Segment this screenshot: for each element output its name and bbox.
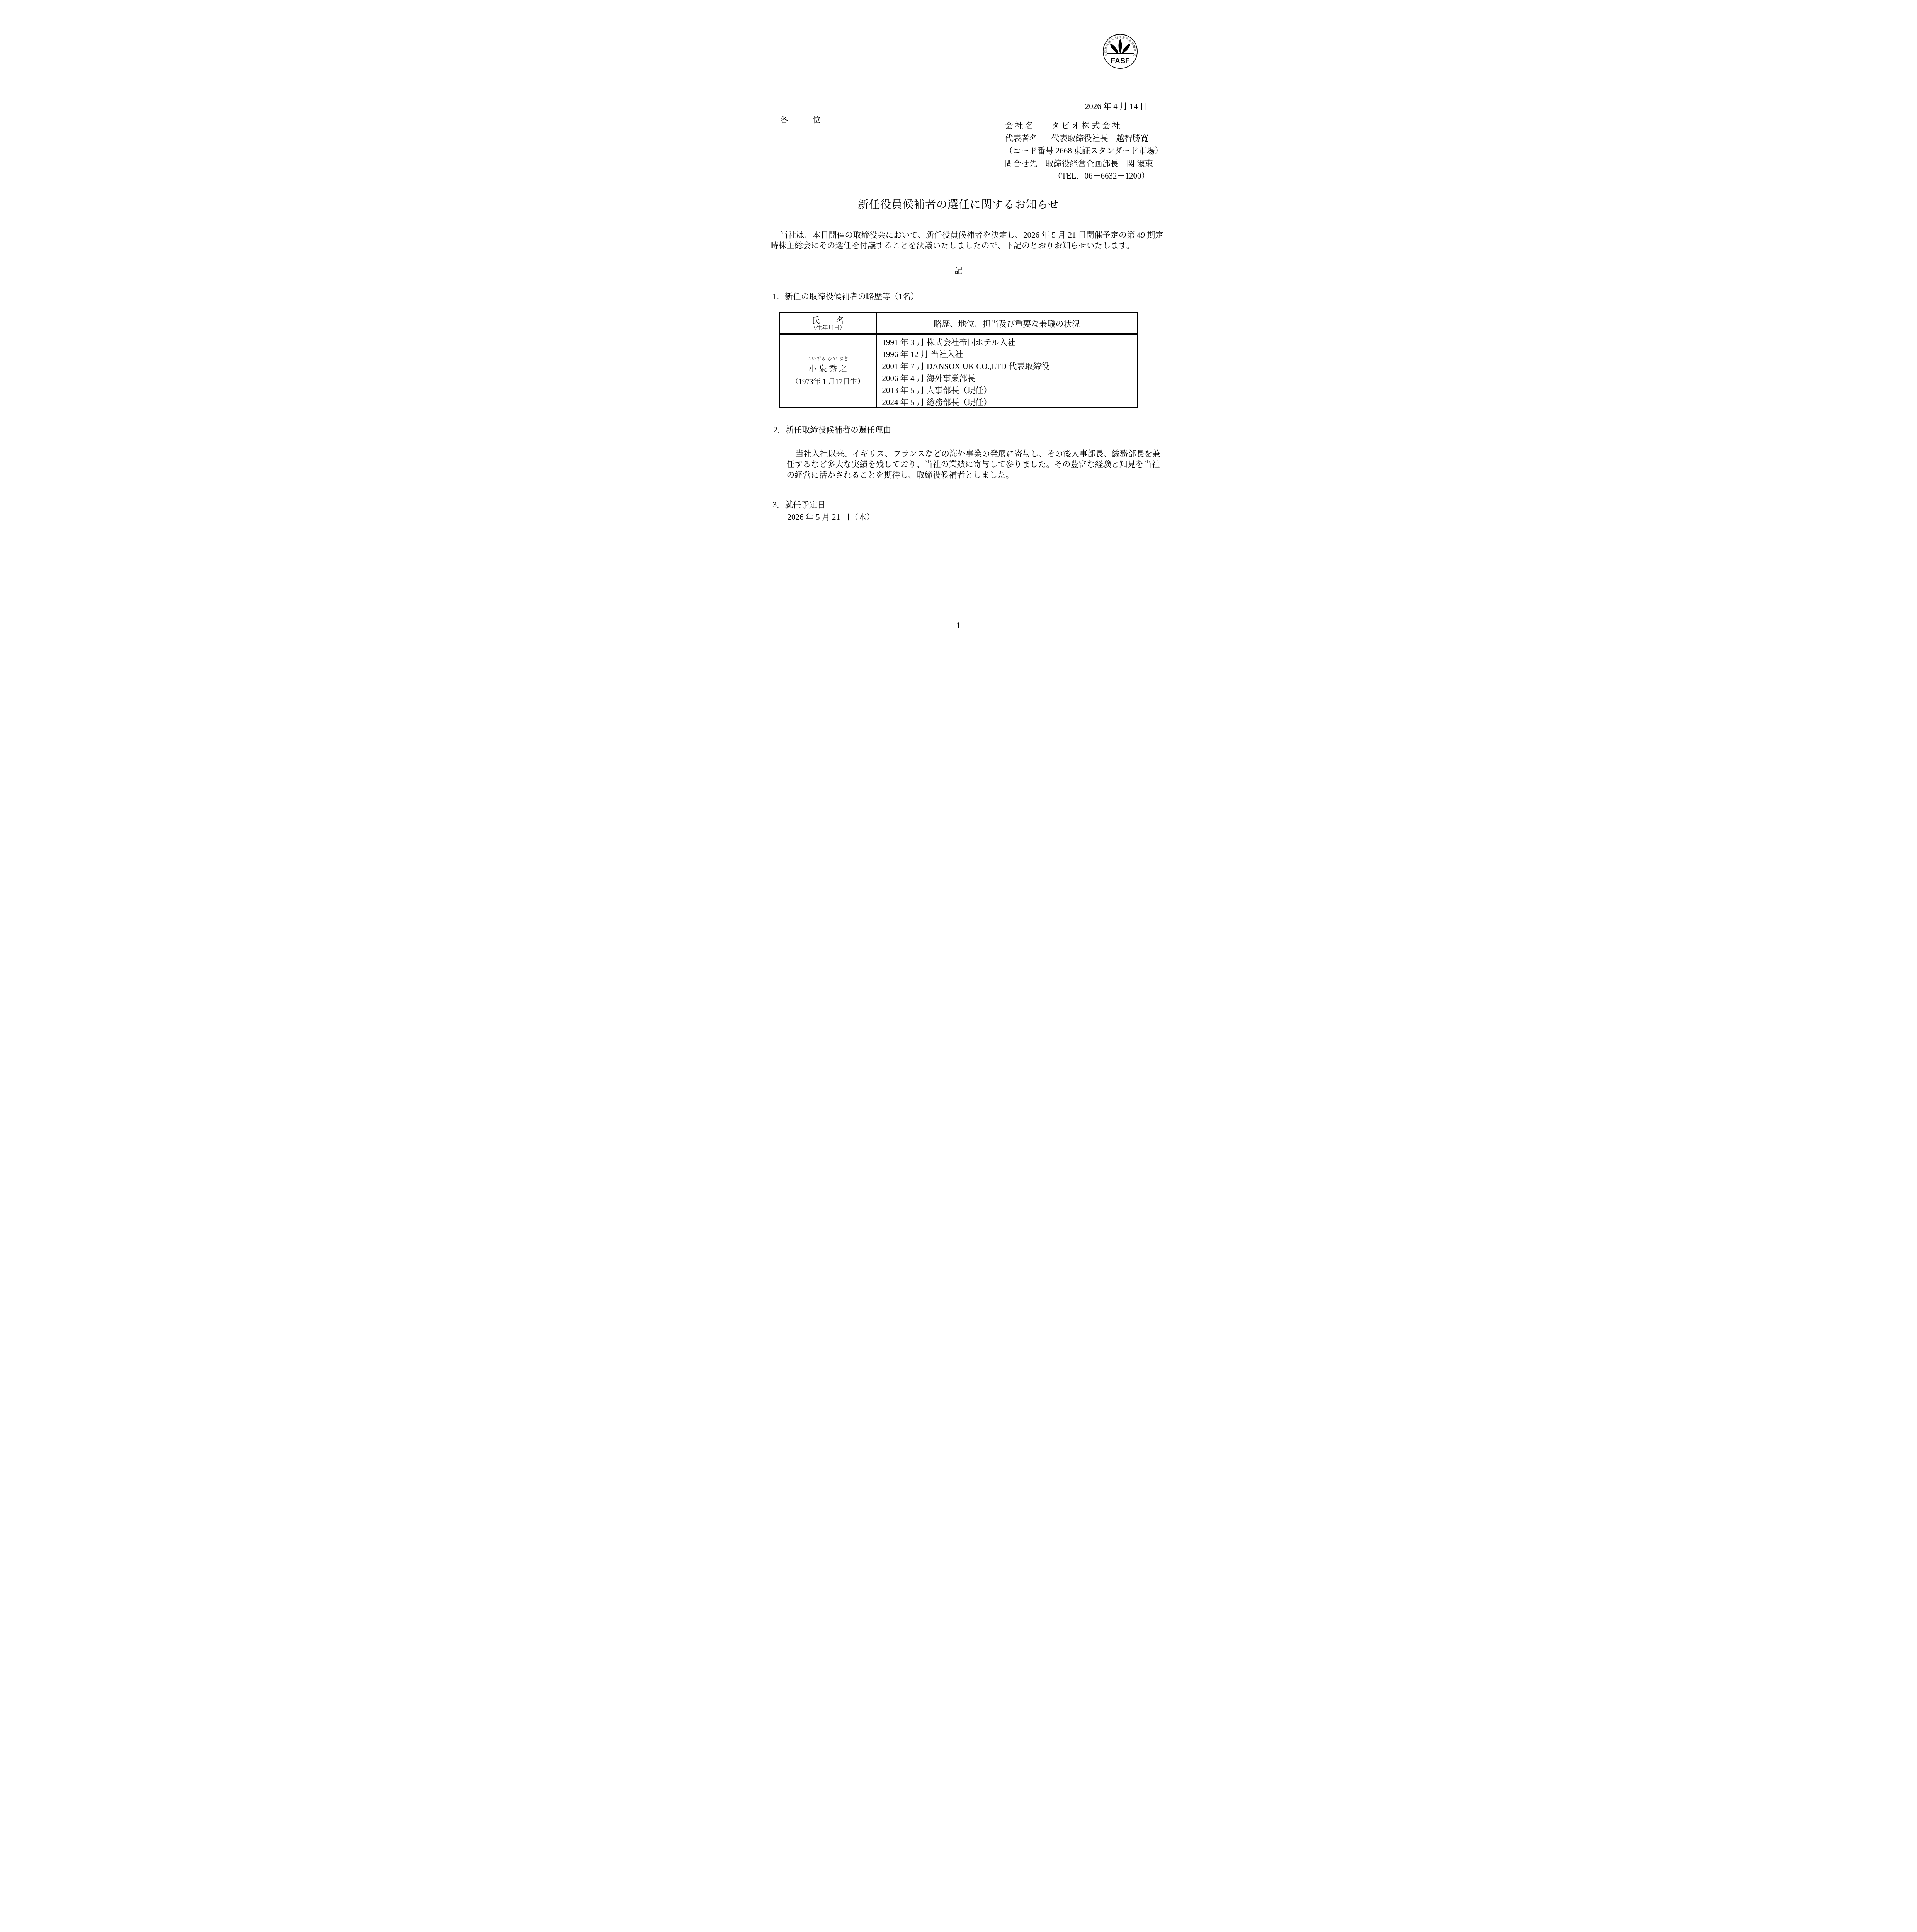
career-description: 海外事業部長 — [927, 374, 975, 383]
career-date: 1996 年 12 月 — [882, 349, 929, 361]
representative-row: 代表者名 代表取締役社長 越智勝寛 — [1005, 132, 1150, 145]
career-date: 1991 年 3 月 — [882, 337, 925, 349]
candidate-cell: こいずみ ひで ゆき 小 泉 秀 之 （1973年 1 月17日生） — [780, 335, 877, 407]
career-table-body-row: こいずみ ひで ゆき 小 泉 秀 之 （1973年 1 月17日生） 1991 … — [780, 335, 1137, 407]
ki-marker: 記 — [719, 264, 1198, 276]
company-name-value: タ ビ オ 株 式 会 社 — [1051, 119, 1150, 132]
career-row: 2024 年 5 月 総務部長（現任） — [882, 396, 1137, 408]
reason-line: 当社入社以来、イギリス、フランスなどの海外事業の発展に寄与し、その後人事部長、総… — [787, 449, 1158, 459]
section3-heading: 3．就任予定日 — [773, 498, 826, 510]
name-header-title: 氏 名 — [780, 316, 876, 325]
career-row: 2013 年 5 月 人事部長（現任） — [882, 384, 1137, 396]
career-date: 2013 年 5 月 — [882, 384, 925, 396]
fasf-acronym: FASF — [1111, 57, 1130, 65]
reason-line: の経営に活かされることを期待し、取締役候補者としました。 — [787, 470, 1158, 480]
candidate-furigana: こいずみ ひで ゆき — [807, 355, 849, 362]
fasf-logo: 公益財団法人 財務会計基準機構 会員 FASF — [1102, 34, 1138, 69]
contact-line: 問合せ先 取締役経営企画部長 関 淑束 — [1005, 157, 1150, 170]
intro-paragraph: 当社は、本日開催の取締役会において、新任役員候補者を決定し、2026 年 5 月… — [771, 230, 1153, 251]
career-list: 1991 年 3 月 株式会社帝国ホテル入社 1996 年 12 月 当社入社 … — [877, 335, 1137, 407]
representative-label: 代表者名 — [1005, 132, 1051, 145]
representative-value: 代表取締役社長 越智勝寛 — [1051, 132, 1150, 145]
career-description: 人事部長（現任） — [927, 386, 992, 395]
career-description: DANSOX UK CO.,LTD 代表取締役 — [927, 362, 1049, 371]
career-date: 2006 年 4 月 — [882, 372, 925, 384]
addressee: 各 位 — [780, 114, 821, 125]
issue-date: 2026 年 4 月 14 日 — [1085, 100, 1148, 112]
career-description: 株式会社帝国ホテル入社 — [927, 338, 1015, 347]
page-number: － 1 － — [719, 619, 1198, 630]
career-table: 氏 名 （生年月日） 略歴、地位、担当及び重要な兼職の状況 こいずみ ひで ゆき… — [779, 312, 1138, 408]
intro-line: 時株主総会にその選任を付議することを決議いたしましたので、下記のとおりお知らせい… — [771, 240, 1153, 251]
company-name-label: 会 社 名 — [1005, 119, 1051, 132]
career-date: 2024 年 5 月 — [882, 396, 925, 408]
appointment-date: 2026 年 5 月 21 日（木） — [788, 511, 875, 522]
document-title: 新任役員候補者の選任に関するお知らせ — [719, 196, 1198, 212]
career-date: 2001 年 7 月 — [882, 361, 925, 372]
tel-line: （TEL．06－6632－1200） — [1005, 170, 1150, 182]
stock-code-line: （コード番号 2668 東証スタンダード市場） — [1005, 145, 1150, 157]
career-row: 1996 年 12 月 当社入社 — [882, 349, 1137, 361]
document-page: 公益財団法人 財務会計基準機構 会員 FASF 2026 年 4 月 14 日 … — [719, 0, 1198, 678]
career-row: 1991 年 3 月 株式会社帝国ホテル入社 — [882, 337, 1137, 349]
section1-heading: 1．新任の取締役候補者の略歴等（1名） — [773, 290, 919, 302]
name-column-header: 氏 名 （生年月日） — [780, 313, 877, 333]
reason-line: 任するなど多大な実績を残しており、当社の業績に寄与して参りました。その豊富な経験… — [787, 459, 1158, 469]
company-name-row: 会 社 名 タ ビ オ 株 式 会 社 — [1005, 119, 1150, 132]
section2-heading: 2．新任取締役候補者の選任理由 — [774, 423, 891, 435]
intro-line: 当社は、本日開催の取締役会において、新任役員候補者を決定し、2026 年 5 月… — [771, 230, 1153, 240]
career-row: 2006 年 4 月 海外事業部長 — [882, 372, 1137, 384]
career-description: 総務部長（現任） — [927, 398, 992, 407]
career-description: 当社入社 — [931, 350, 963, 359]
career-table-header-row: 氏 名 （生年月日） 略歴、地位、担当及び重要な兼職の状況 — [780, 313, 1137, 335]
candidate-birthdate: （1973年 1 月17日生） — [791, 376, 864, 386]
candidate-name: 小 泉 秀 之 — [809, 362, 847, 374]
name-header-subtitle: （生年月日） — [780, 325, 876, 332]
career-row: 2001 年 7 月 DANSOX UK CO.,LTD 代表取締役 — [882, 361, 1137, 372]
reason-paragraph: 当社入社以来、イギリス、フランスなどの海外事業の発展に寄与し、その後人事部長、総… — [787, 449, 1158, 480]
career-column-header: 略歴、地位、担当及び重要な兼職の状況 — [877, 313, 1137, 333]
company-info-block: 会 社 名 タ ビ オ 株 式 会 社 代表者名 代表取締役社長 越智勝寛 （コ… — [1005, 119, 1150, 182]
